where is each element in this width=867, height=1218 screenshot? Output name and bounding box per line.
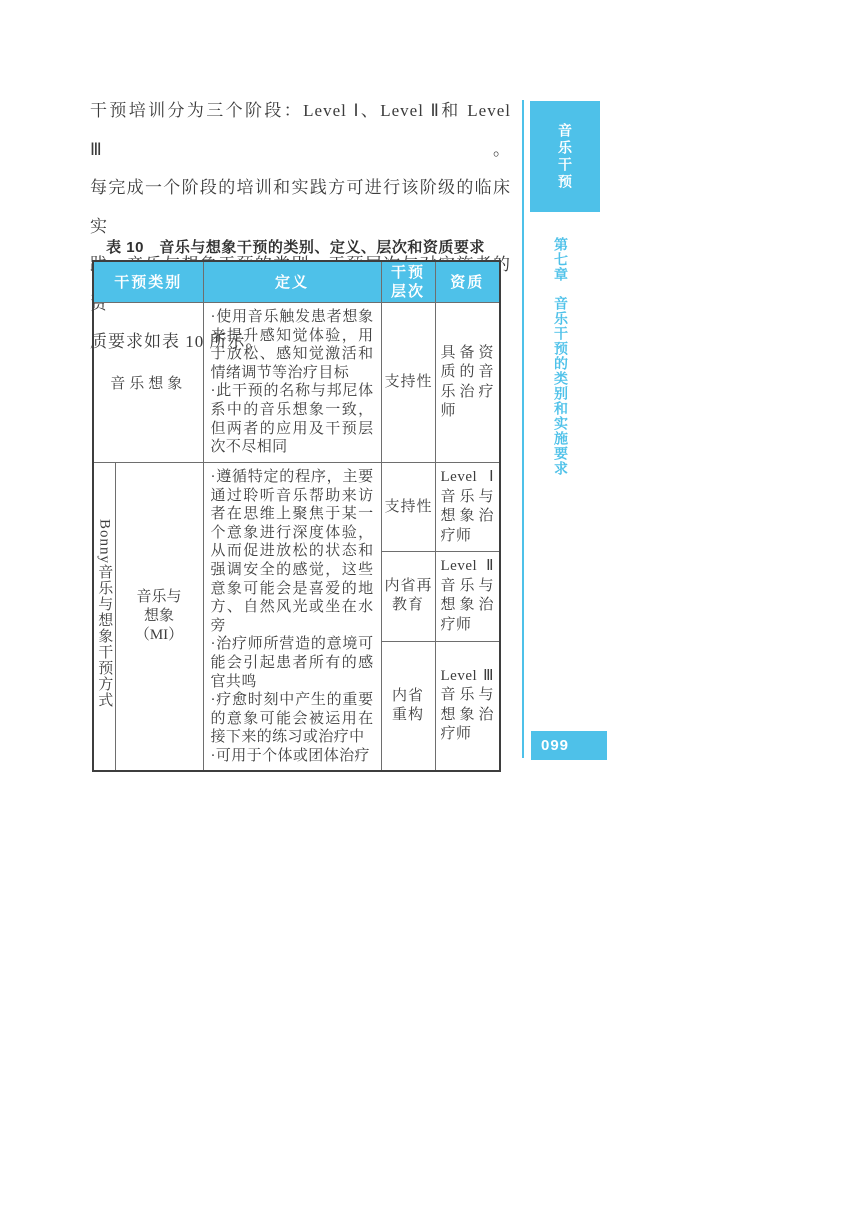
table-row-music-imagery: 音乐想象 ·使用音乐触发患者想象来提升感知觉体验，用于放松、感知觉激活和情绪调节… (93, 303, 500, 463)
definition-bullet: ·遵循特定的程序，主要通过聆听音乐帮助来访者在思维上聚焦于某一个意象进行深度体验… (211, 468, 374, 635)
sidebar-chapter: 第七章音乐干预的类别和实施要求 (551, 237, 571, 707)
mi-category-text: 音乐与 想象 （MI） (135, 589, 183, 643)
table-row-bonny-supportive: Bonny音乐与想象干预方式 音乐与 想象 （MI） ·遵循特定的程序，主要通过… (93, 463, 500, 552)
table-caption: 表 10 音乐与想象干预的类别、定义、层次和资质要求 (92, 236, 499, 257)
level-text: 内省 重构 (392, 688, 424, 723)
header-category: 干预类别 (93, 261, 203, 303)
sidebar-section-tab: 音乐干预 (530, 101, 600, 212)
level-text: 支持性 (385, 499, 433, 515)
cell-level-reeducative: 内省再 教育 (381, 552, 435, 641)
intro-line: 每完成一个阶段的培训和实践方可进行该阶级的临床实 (90, 169, 511, 246)
cell-group-bonny: Bonny音乐与想象干预方式 (93, 463, 115, 771)
header-level: 干预 层次 (381, 261, 435, 303)
definition-bullet: ·疗愈时刻中产生的重要的意象可能会被运用在接下来的练习或治疗中 (211, 691, 374, 747)
cell-level-music-imagery: 支持性 (381, 303, 435, 463)
definition-bullet: ·治疗师所营造的意境可能会引起患者所有的感官共鸣 (211, 635, 374, 691)
cell-definition-music-imagery: ·使用音乐触发患者想象来提升感知觉体验，用于放松、感知觉激活和情绪调节等治疗目标… (203, 303, 381, 463)
level-text: 内省再 教育 (385, 578, 433, 613)
definition-bullet: ·此干预的名称与邦尼体系中的音乐想象一致，但两者的应用及干预层次不尽相同 (211, 382, 374, 456)
intervention-table: 干预类别 定义 干预 层次 资质 音乐想象 ·使用音乐触发患者想象来提升感知觉体… (92, 260, 501, 772)
definition-bullet: ·使用音乐触发患者想象来提升感知觉体验，用于放松、感知觉激活和情绪调节等治疗目标 (211, 308, 374, 382)
table-header-row: 干预类别 定义 干预 层次 资质 (93, 261, 500, 303)
definition-bullet: ·可用于个体或团体治疗 (211, 747, 374, 766)
cell-qualification-level3: Level Ⅲ 音乐与想象治疗师 (435, 641, 500, 770)
chapter-title: 音乐干预的类别和实施要求 (553, 296, 569, 476)
cell-definition-bonny: ·遵循特定的程序，主要通过聆听音乐帮助来访者在思维上聚焦于某一个意象进行深度体验… (203, 463, 381, 771)
cell-level-supportive: 支持性 (381, 463, 435, 552)
chapter-number: 第七章 (551, 237, 571, 282)
intro-line: 干预培训分为三个阶段：Level Ⅰ、Level Ⅱ和 Level Ⅲ。 (90, 92, 511, 169)
cell-category-music-imagery: 音乐想象 (93, 303, 203, 463)
cell-level-reconstructive: 内省 重构 (381, 641, 435, 770)
book-page: { "accent_color": "#4ec1e9", "intro": { … (0, 0, 867, 1218)
sidebar-tab-label: 音乐干预 (555, 123, 575, 191)
cell-category-mi: 音乐与 想象 （MI） (115, 463, 203, 771)
cell-qualification-level1: Level Ⅰ 音乐与想象治疗师 (435, 463, 500, 552)
bonny-group-vertical-text: Bonny音乐与想象干预方式 (94, 519, 114, 708)
level-text: 支持性 (385, 374, 433, 390)
page-number-badge: 099 (531, 731, 607, 760)
header-definition: 定义 (203, 261, 381, 303)
cell-qualification-music-imagery: 具备资质的音乐治疗师 (435, 303, 500, 463)
cell-qualification-level2: Level Ⅱ 音乐与想象治疗师 (435, 552, 500, 641)
header-level-text: 干预 层次 (391, 264, 425, 300)
header-qualification: 资质 (435, 261, 500, 303)
sidebar-rule (522, 100, 524, 758)
